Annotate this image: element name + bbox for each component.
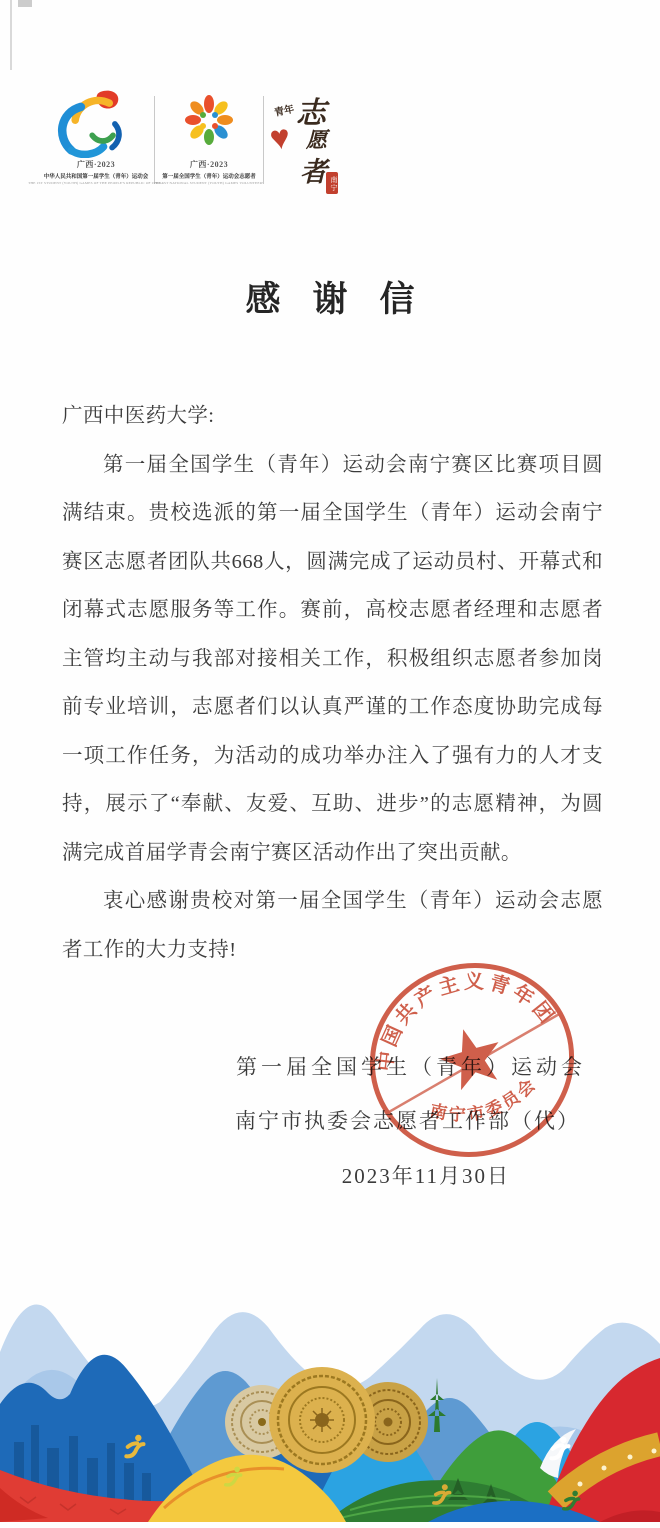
volunteer-logo-name-en: THE 1ST NATIONAL STUDENT (YOUTH) GAMES V… xyxy=(154,181,265,185)
games-logo-year: 广西·2023 xyxy=(77,159,115,170)
letter-body: 广西中医药大学: 第一届全国学生（青年）运动会南宁赛区比赛项目圆满结束。贵校选派… xyxy=(62,392,603,974)
logo-divider xyxy=(154,96,155,184)
footer-illustration xyxy=(0,1272,660,1522)
games-logo-name-cn: 中华人民共和国第一届学生（青年）运动会 xyxy=(44,172,149,180)
bronze-drum-center xyxy=(269,1367,375,1473)
heart-icon: ♥ xyxy=(267,119,292,159)
official-red-stamp: 中国共产主义青年团 南宁市委员会 xyxy=(356,948,588,1174)
salutation: 广西中医药大学: xyxy=(62,392,603,441)
paragraph: 第一届全国学生（青年）运动会南宁赛区比赛项目圆满结束。贵校选派的第一届全国学生（… xyxy=(62,441,603,878)
calligraphy-char-zhe: 者 xyxy=(300,150,327,189)
calligraphy-volunteer-logo: 青年 志 ♥ 愿 者 南宁 xyxy=(272,86,340,204)
games-logo: 广西·2023 中华人民共和国第一届学生（青年）运动会 THE 1ST STUD… xyxy=(46,88,146,185)
volunteer-logo-icon xyxy=(178,88,240,158)
letter-page: 广西·2023 中华人民共和国第一届学生（青年）运动会 THE 1ST STUD… xyxy=(0,0,660,1528)
header-logos: 广西·2023 中华人民共和国第一届学生（青年）运动会 THE 1ST STUD… xyxy=(46,88,340,204)
nanning-seal: 南宁 xyxy=(326,172,338,194)
games-logo-icon xyxy=(48,88,144,158)
games-logo-name-en: THE 1ST STUDENT (YOUTH) GAMES OF THE PEO… xyxy=(28,181,164,185)
volunteer-logo-name-cn: 第一届全国学生（青年）运动会志愿者 xyxy=(162,172,256,180)
stamp-star-icon xyxy=(434,1021,508,1093)
logo-divider xyxy=(263,96,264,184)
calligraphy-small-chars: 青年 xyxy=(273,100,296,119)
volunteer-logo-year: 广西·2023 xyxy=(190,159,228,170)
scan-artifact-corner xyxy=(18,0,32,7)
volunteer-logo: 广西·2023 第一届全国学生（青年）运动会志愿者 THE 1ST NATION… xyxy=(163,88,255,185)
letter-title: 感谢信 xyxy=(0,272,660,322)
scan-artifact-edge xyxy=(10,0,12,70)
